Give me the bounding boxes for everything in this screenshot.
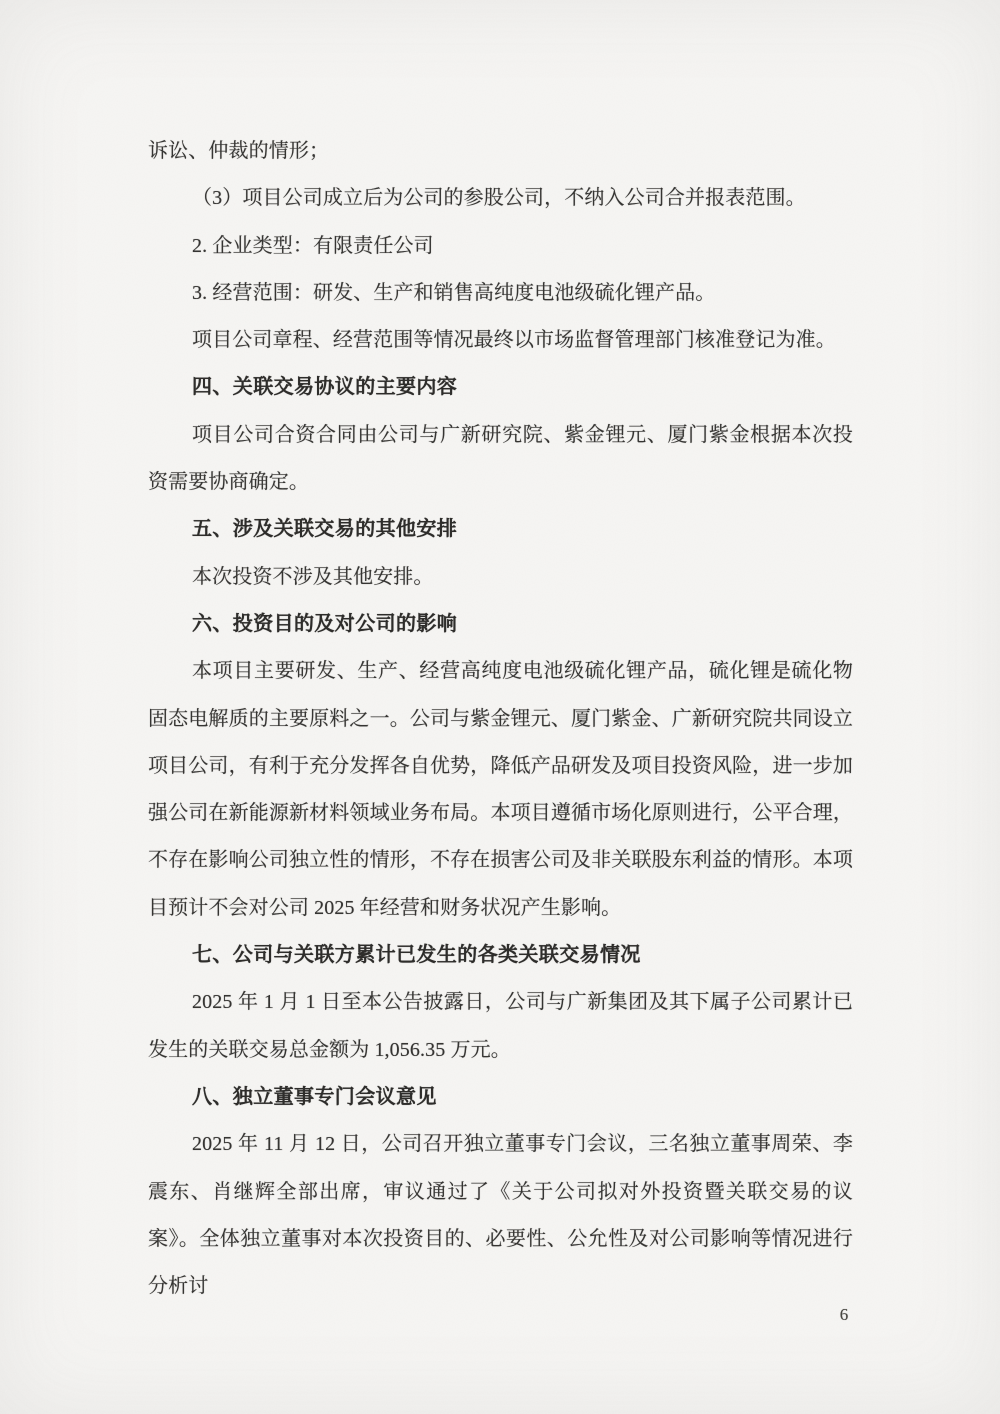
section-heading: 五、涉及关联交易的其他安排 <box>148 506 853 553</box>
paragraph: 2. 企业类型：有限责任公司 <box>148 223 853 270</box>
section-heading: 四、关联交易协议的主要内容 <box>148 364 853 411</box>
section-heading: 六、投资目的及对公司的影响 <box>148 601 853 648</box>
section-heading: 七、公司与关联方累计已发生的各类关联交易情况 <box>148 932 853 979</box>
paragraph: 3. 经营范围：研发、生产和销售高纯度电池级硫化锂产品。 <box>148 270 853 317</box>
paragraph: 项目公司合资合同由公司与广新研究院、紫金锂元、厦门紫金根据本次投资需要协商确定。 <box>148 412 853 507</box>
paragraph: 本次投资不涉及其他安排。 <box>148 554 853 601</box>
paragraph: （3）项目公司成立后为公司的参股公司，不纳入公司合并报表范围。 <box>148 175 853 222</box>
page-number: 6 <box>834 1302 854 1328</box>
section-heading: 八、独立董事专门会议意见 <box>148 1074 853 1121</box>
document-body: 诉讼、仲裁的情形；（3）项目公司成立后为公司的参股公司，不纳入公司合并报表范围。… <box>148 128 853 1310</box>
paragraph: 项目公司章程、经营范围等情况最终以市场监督管理部门核准登记为准。 <box>148 317 853 364</box>
paragraph: 本项目主要研发、生产、经营高纯度电池级硫化锂产品，硫化锂是硫化物固态电解质的主要… <box>148 648 853 932</box>
paragraph: 2025 年 1 月 1 日至本公告披露日，公司与广新集团及其下属子公司累计已发… <box>148 979 853 1074</box>
document-page: 诉讼、仲裁的情形；（3）项目公司成立后为公司的参股公司，不纳入公司合并报表范围。… <box>0 0 1000 1414</box>
paragraph-continued: 诉讼、仲裁的情形； <box>148 128 853 175</box>
paragraph: 2025 年 11 月 12 日，公司召开独立董事专门会议，三名独立董事周荣、李… <box>148 1121 853 1310</box>
